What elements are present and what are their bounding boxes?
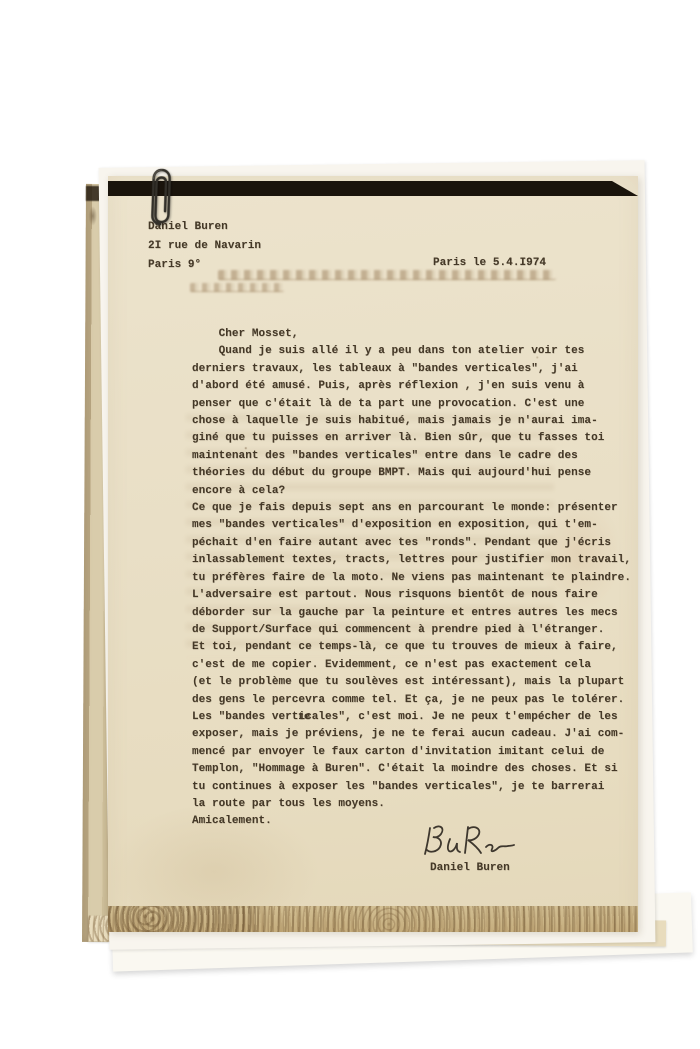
sender-line: 2I rue de Navarin	[148, 237, 261, 256]
body-line: d'abord été amusé. Puis, après réflexion…	[192, 378, 631, 395]
body-line: Amicalement.	[192, 813, 631, 830]
body-line: tu continues à exposer les "bandes verti…	[192, 779, 631, 796]
paperclip	[145, 166, 177, 229]
bleedthrough-line	[190, 283, 284, 292]
body-line: de Support/Surface qui commencent à pren…	[192, 622, 631, 639]
body-line: la route par tous les moyens.	[192, 796, 631, 813]
body-line: théories du début du groupe BMPT. Mais q…	[192, 465, 631, 482]
body-line: Les "bandes verticales", c'est moi. Je n…	[192, 709, 631, 726]
body-line: Quand je suis allé il y a peu dans ton a…	[192, 343, 631, 360]
sender-line: Paris 9°	[148, 256, 261, 275]
body-line: encore à cela?	[192, 483, 631, 500]
body-line: tu préfères faire de la moto. Ne viens p…	[192, 570, 631, 587]
typed-signature: Daniel Buren	[430, 862, 510, 874]
signature-script	[420, 822, 520, 862]
body-line: Et toi, pendant ce temps-là, ce que tu t…	[192, 639, 631, 656]
body-line: inlassablement textes, tracts, lettres p…	[192, 552, 631, 569]
body-line: (et le problème que tu soulèves est inté…	[192, 674, 631, 691]
body-line: chose à laquelle je suis habitué, mais j…	[192, 413, 631, 430]
photocopy-edge-band	[108, 181, 638, 196]
bottom-stain-band	[108, 906, 638, 932]
bleedthrough-line	[218, 270, 556, 280]
body-line: penser que c'était là de ta part une pro…	[192, 396, 631, 413]
letter-body: Cher Mosset, Quand je suis allé il y a p…	[192, 326, 631, 831]
body-line: c'est de me copier. Evidemment, ce n'est…	[192, 657, 631, 674]
interline-insertion: te	[298, 712, 310, 723]
body-line: mencé par envoyer le faux carton d'invit…	[192, 744, 631, 761]
body-line: déborder sur la gauche par la peinture e…	[192, 605, 631, 622]
photo-backdrop: Daniel Buren2I rue de NavarinParis 9° Pa…	[0, 0, 700, 1049]
letter-page: Daniel Buren2I rue de NavarinParis 9° Pa…	[108, 176, 638, 932]
dateline: Paris le 5.4.I974	[433, 257, 546, 269]
body-line: Cher Mosset,	[192, 326, 631, 343]
body-line: mes "bandes verticales" d'exposition en …	[192, 517, 631, 534]
body-line: giné que tu puisses en arriver là. Bien …	[192, 430, 631, 447]
body-line: Ce que je fais depuis sept ans en parcou…	[192, 500, 631, 517]
body-line: des gens le percevra comme tel. Et ça, j…	[192, 692, 631, 709]
body-line: maintenant des "bandes verticales" entre…	[192, 448, 631, 465]
body-line: derniers travaux, les tableaux à "bandes…	[192, 361, 631, 378]
body-line: Templon, "Hommage à Buren". C'était la m…	[192, 761, 631, 778]
body-line: L'adversaire est partout. Nous risquons …	[192, 587, 631, 604]
body-line: péchait d'en faire autant avec tes "rond…	[192, 535, 631, 552]
body-line: exposer, mais je préviens, je ne te fera…	[192, 726, 631, 743]
